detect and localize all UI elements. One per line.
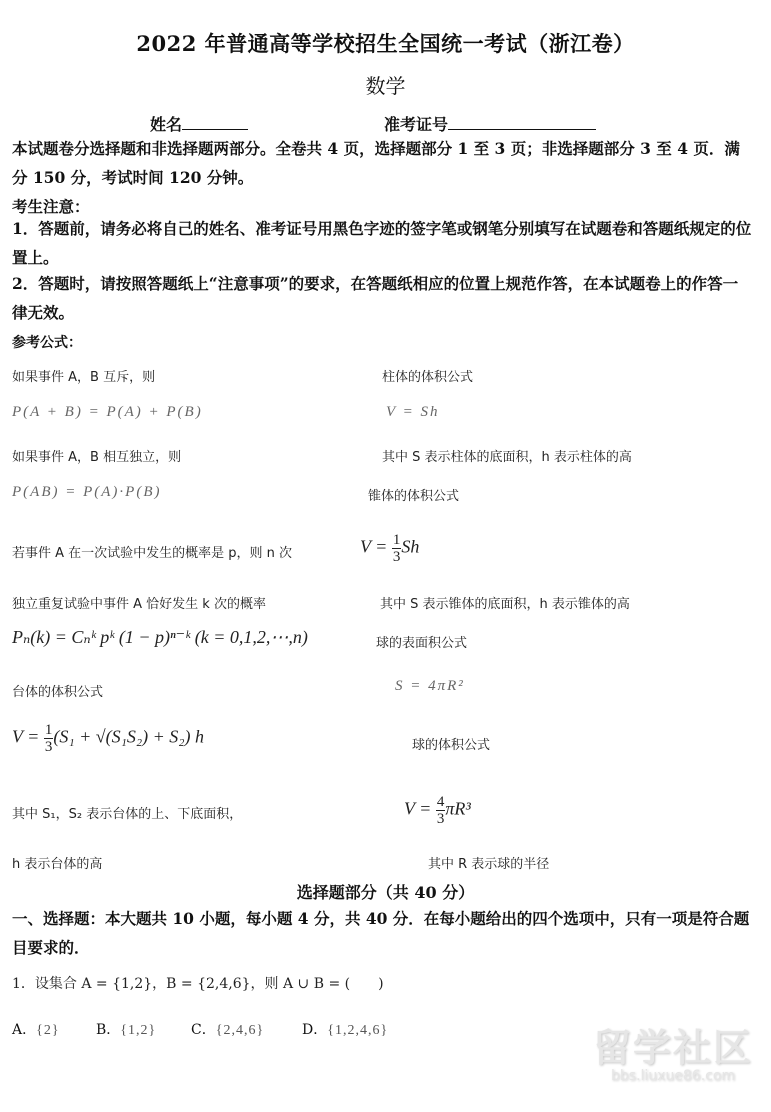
frustum-fraction: 13 [44,722,54,755]
id-blank[interactable] [448,113,596,130]
formula-right-text-7: 其中 R 表示球的半径 [428,853,549,872]
watermark-url: bbs.liuxue86.com [593,1068,753,1084]
exam-title: 2022 年普通高等学校招生全国统一考试（浙江卷） [0,28,771,58]
intro-paragraph: 本试题卷分选择题和非选择题两部分。全卷共 4 页，选择题部分 1 至 3 页；非… [12,134,752,192]
formula-right-text-5: 球的表面积公式 [376,632,467,651]
formula-binomial: Pₙ(k) = Cₙᵏ pᵏ (1 − p)ⁿ⁻ᵏ (k = 0,1,2,⋯,n… [12,627,308,648]
formula-left-text-4: 独立重复试验中事件 A 恰好发生 k 次的概率 [12,593,266,612]
id-label: 准考证号 [384,115,448,134]
formula-left-text-6: 其中 S₁，S₂ 表示台体的上、下底面积， [12,803,242,822]
cone-fraction: 13 [392,532,402,565]
formula-sphere-area: S = 4πR² [395,678,465,695]
question-1-option-c[interactable]: C．{2,4,6} [191,1019,264,1039]
id-field[interactable]: 准考证号 [384,112,596,135]
formula-left-text-5: 台体的体积公式 [12,681,103,700]
formula-prism-volume: V = Sh [386,404,440,421]
formula-multiplication: P(AB) = P(A)·P(B) [12,484,161,501]
question-1-stem: 1．设集合 A = {1,2}，B = {2,4,6}，则 A ∪ B = ( … [12,973,384,993]
formula-addition: P(A + B) = P(A) + P(B) [12,404,203,421]
formula-frustum-volume: V = 13(S₁ + √(S₁S₂) + S₂) h [12,722,204,755]
frustum-prefix: V = [12,727,44,747]
frustum-suffix: (S₁ + √(S₁S₂) + S₂) h [53,727,204,747]
formula-right-text-4: 其中 S 表示锥体的底面积，h 表示锥体的高 [380,593,630,612]
formula-left-text-7: h 表示台体的高 [12,853,102,872]
name-label: 姓名 [150,115,182,134]
formula-title: 参考公式： [12,332,82,352]
sphere-fraction: 43 [436,794,446,827]
formula-left-text-1: 如果事件 A，B 互斥，则 [12,366,155,385]
formula-right-text-3: 锥体的体积公式 [368,485,459,504]
formula-cone-volume: V = 13Sh [360,532,419,565]
watermark-logo: 留学社区 bbs.liuxue86.com [593,1017,753,1084]
notice-1: 1．答题前，请务必将自己的姓名、准考证号用黑色字迹的签字笔或钢笔分别填写在试题卷… [12,214,752,272]
question-1-option-d[interactable]: D．{1,2,4,6} [302,1019,388,1039]
section-instructions: 一、选择题：本大题共 10 小题，每小题 4 分，共 40 分．在每小题给出的四… [12,904,752,962]
formula-right-text-6: 球的体积公式 [412,734,490,753]
formula-right-text-1: 柱体的体积公式 [382,366,473,385]
notice-2: 2．答题时，请按照答题纸上“注意事项”的要求，在答题纸相应的位置上规范作答，在本… [12,269,752,327]
formula-sphere-volume: V = 43πR³ [404,794,471,827]
watermark-brand: 留学社区 [593,1017,753,1072]
question-1-option-a[interactable]: A．{2} [12,1019,60,1039]
name-blank[interactable] [182,113,248,130]
exam-subject: 数学 [0,70,771,99]
formula-right-text-2: 其中 S 表示柱体的底面积，h 表示柱体的高 [382,446,632,465]
formula-left-text-3: 若事件 A 在一次试验中发生的概率是 p，则 n 次 [12,542,292,561]
section-title: 选择题部分（共 40 分） [0,880,771,903]
formula-left-text-2: 如果事件 A，B 相互独立，则 [12,446,181,465]
question-1-option-b[interactable]: B．{1,2} [96,1019,156,1039]
name-field[interactable]: 姓名 [150,112,248,135]
